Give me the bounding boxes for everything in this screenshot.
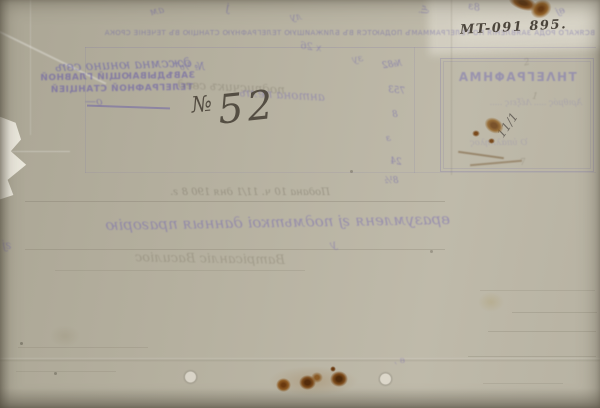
ruling-line [483, 383, 563, 384]
top-scribble: лу [289, 11, 302, 23]
ruling-line [18, 347, 148, 348]
ruling-line [16, 371, 116, 372]
bottom-edge-shadow [0, 388, 600, 408]
rust-stain-bottom [311, 372, 323, 383]
ruling-line [468, 356, 596, 357]
top-scribble: 8з [467, 1, 481, 14]
showthrough-rule-signature-2 [55, 270, 305, 271]
margin-mark: 8 [392, 110, 398, 120]
margin-mark: 8½ [384, 176, 398, 186]
crease-horizontal-bottom [0, 358, 600, 359]
crease-horizontal-bottom-shadow [0, 360, 600, 361]
rust-speck [488, 138, 495, 144]
showthrough-frame-bottom [85, 172, 596, 173]
age-spot [50, 325, 80, 347]
showthrough-dot-fragment: о— [85, 95, 103, 108]
telegram-number-value: 52 [216, 82, 279, 134]
margin-mark: 753 [388, 85, 406, 97]
rust-speck [472, 130, 480, 137]
rust-speck-bottom [330, 366, 336, 372]
rust-stain-bottom [330, 371, 348, 387]
speck [350, 170, 353, 173]
left-edge-shadow [0, 0, 10, 408]
scanned-telegram-verso: ВСЯКАГО РОДА ЗАЯВЛЕНІЯ ПО ТЕЛЕГРАММАМЪ П… [0, 0, 600, 408]
pencil-margin-mark: 2 [523, 58, 530, 69]
showthrough-date-line: Подана 10 ч. 11/1 дня 190 8 г. [70, 187, 430, 198]
speck [54, 372, 57, 375]
punch-hole-left [182, 369, 199, 385]
showthrough-greek-number-line: Ἀριθμός ..... Λέξεις ..... [452, 98, 582, 107]
margin-mark: 24 [389, 156, 402, 167]
ruling-line [512, 312, 597, 313]
showthrough-frame-top [85, 47, 596, 48]
bottom-squiggle: в , [394, 356, 405, 366]
punch-hole-right [377, 371, 394, 387]
ruling-line [480, 290, 595, 291]
showthrough-rule-dateline [25, 201, 445, 202]
age-spot [478, 292, 504, 312]
showthrough-greek-clerk-line: Ὁ ὑπάλληλος [470, 138, 528, 148]
top-scribble: зу [351, 53, 364, 66]
crease-vertical-left [30, 0, 31, 135]
speck [20, 342, 23, 345]
showthrough-greek-title: ΤΗΛΕΓΡΑΦΗΜΑ [444, 70, 590, 84]
showthrough-cursive-top-tail: № ¹⁄₀ [180, 60, 205, 73]
numero-sign: № [190, 91, 213, 118]
ruling-line [488, 331, 596, 332]
showthrough-frame-vline-mid [414, 47, 415, 173]
speck [430, 250, 433, 253]
telegram-number: № 52 [190, 82, 279, 137]
